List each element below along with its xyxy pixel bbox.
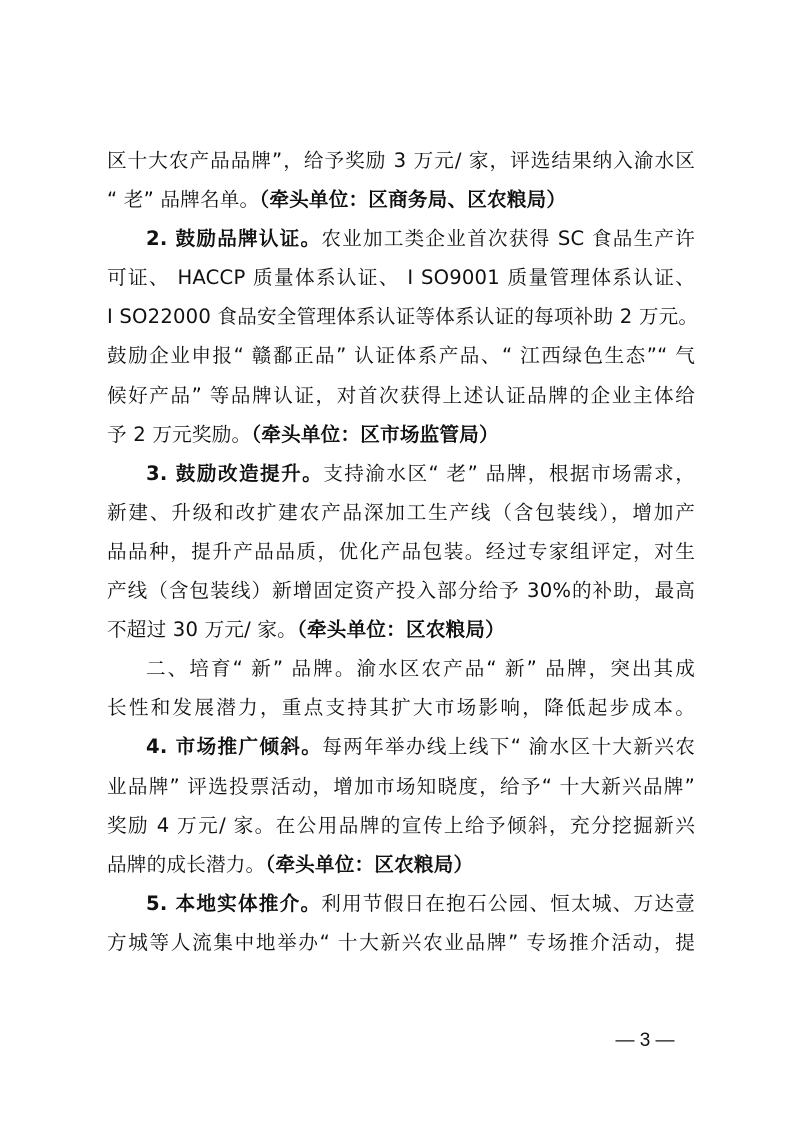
line-text: 产线（含包装线）新增固定资产投入部分给予 30%的补助，最高 — [107, 579, 695, 602]
lead-unit-note: （牵头单位：区农粮局） — [265, 853, 473, 876]
section-heading: 3. 鼓励改造提升。 — [146, 462, 323, 485]
page-number: — 3 — — [600, 1030, 690, 1052]
line-text: 支持渝水区“ 老” 品牌，根据市场需求， — [323, 462, 695, 485]
paragraph-line: 品品种，提升产品品质，优化产品包装。经过专家组评定，对生 — [107, 532, 695, 571]
paragraph-line: 2. 鼓励品牌认证。农业加工类企业首次获得 SC 食品生产许 — [107, 219, 695, 258]
paragraph-line: 鼓励企业申报“ 赣鄱正品” 认证体系产品、“ 江西绿色生态”“ 气 — [107, 336, 695, 375]
line-text: 方城等人流集中地举办“ 十大新兴农业品牌” 专场推介活动，提 — [107, 931, 695, 954]
section-heading: 2. 鼓励品牌认证。 — [146, 227, 321, 250]
line-text: 品品种，提升产品品质，优化产品包装。经过专家组评定，对生 — [107, 540, 695, 563]
lead-unit-note: （牵头单位：区农粮局） — [297, 618, 505, 641]
lead-unit-note: （牵头单位：区商务局、区农粮局） — [259, 188, 566, 211]
paragraph-line: 不超过 30 万元/ 家。（牵头单位：区农粮局） — [107, 610, 695, 649]
line-text: “ 老” 品牌名单。 — [107, 188, 259, 211]
section-title-line: 二、培育“ 新” 品牌。渝水区农产品“ 新” 品牌，突出其成 — [107, 649, 695, 688]
paragraph-line: 予 2 万元奖励。（牵头单位：区市场监管局） — [107, 415, 695, 454]
document-body: 区十大农产品品牌”，给予奖励 3 万元/ 家，评选结果纳入渝水区 “ 老” 品牌… — [107, 141, 695, 962]
line-text: 区十大农产品品牌”，给予奖励 3 万元/ 家，评选结果纳入渝水区 — [107, 149, 695, 172]
paragraph-line: 可证、 HACCP 质量体系认证、 I SO9001 质量管理体系认证、 — [107, 258, 695, 297]
paragraph-line: 新建、升级和改扩建农产品深加工生产线（含包装线），增加产 — [107, 493, 695, 532]
paragraph-line: 方城等人流集中地举办“ 十大新兴农业品牌” 专场推介活动，提 — [107, 923, 695, 962]
paragraph-line: I SO22000 食品安全管理体系认证等体系认证的每项补助 2 万元。 — [107, 297, 695, 336]
lead-unit-note: （牵头单位：区市场监管局） — [251, 423, 499, 446]
paragraph-line: 奖励 4 万元/ 家。在公用品牌的宣传上给予倾斜，充分挖掘新兴 — [107, 806, 695, 845]
paragraph-line: 候好产品” 等品牌认证，对首次获得上述认证品牌的企业主体给 — [107, 376, 695, 415]
line-text: I SO22000 食品安全管理体系认证等体系认证的每项补助 2 万元。 — [107, 305, 698, 328]
line-text: 可证、 HACCP 质量体系认证、 I SO9001 质量管理体系认证、 — [107, 266, 695, 289]
line-text: 每两年举办线上线下“ 渝水区十大新兴农 — [322, 735, 695, 758]
line-text: 长性和发展潜力，重点支持其扩大市场影响，降低起步成本。 — [107, 696, 695, 719]
paragraph-line: “ 老” 品牌名单。（牵头单位：区商务局、区农粮局） — [107, 180, 695, 219]
line-text: 品牌的成长潜力。 — [107, 853, 265, 876]
line-text: 业品牌” 评选投票活动，增加市场知晓度，给予“ 十大新兴品牌” — [107, 775, 695, 798]
line-text: 利用节假日在抱石公园、恒太城、万达壹 — [321, 892, 695, 915]
paragraph-line: 4. 市场推广倾斜。每两年举办线上线下“ 渝水区十大新兴农 — [107, 727, 695, 766]
paragraph-line: 长性和发展潜力，重点支持其扩大市场影响，降低起步成本。 — [107, 688, 695, 727]
paragraph-line: 3. 鼓励改造提升。支持渝水区“ 老” 品牌，根据市场需求， — [107, 454, 695, 493]
paragraph-line: 5. 本地实体推介。利用节假日在抱石公园、恒太城、万达壹 — [107, 884, 695, 923]
line-text: 二、培育“ 新” 品牌。渝水区农产品“ 新” 品牌，突出其成 — [146, 657, 695, 680]
section-heading: 4. 市场推广倾斜。 — [146, 735, 322, 758]
line-text: 候好产品” 等品牌认证，对首次获得上述认证品牌的企业主体给 — [107, 384, 695, 407]
line-text: 新建、升级和改扩建农产品深加工生产线（含包装线），增加产 — [107, 501, 695, 524]
section-heading: 5. 本地实体推介。 — [146, 892, 321, 915]
line-text: 不超过 30 万元/ 家。 — [107, 618, 297, 641]
line-text: 予 2 万元奖励。 — [107, 423, 251, 446]
paragraph-line: 品牌的成长潜力。（牵头单位：区农粮局） — [107, 845, 695, 884]
paragraph-line: 产线（含包装线）新增固定资产投入部分给予 30%的补助，最高 — [107, 571, 695, 610]
paragraph-line: 业品牌” 评选投票活动，增加市场知晓度，给予“ 十大新兴品牌” — [107, 767, 695, 806]
line-text: 鼓励企业申报“ 赣鄱正品” 认证体系产品、“ 江西绿色生态”“ 气 — [107, 344, 695, 367]
line-text: 奖励 4 万元/ 家。在公用品牌的宣传上给予倾斜，充分挖掘新兴 — [107, 814, 695, 837]
line-text: 农业加工类企业首次获得 SC 食品生产许 — [321, 227, 695, 250]
paragraph-line: 区十大农产品品牌”，给予奖励 3 万元/ 家，评选结果纳入渝水区 — [107, 141, 695, 180]
